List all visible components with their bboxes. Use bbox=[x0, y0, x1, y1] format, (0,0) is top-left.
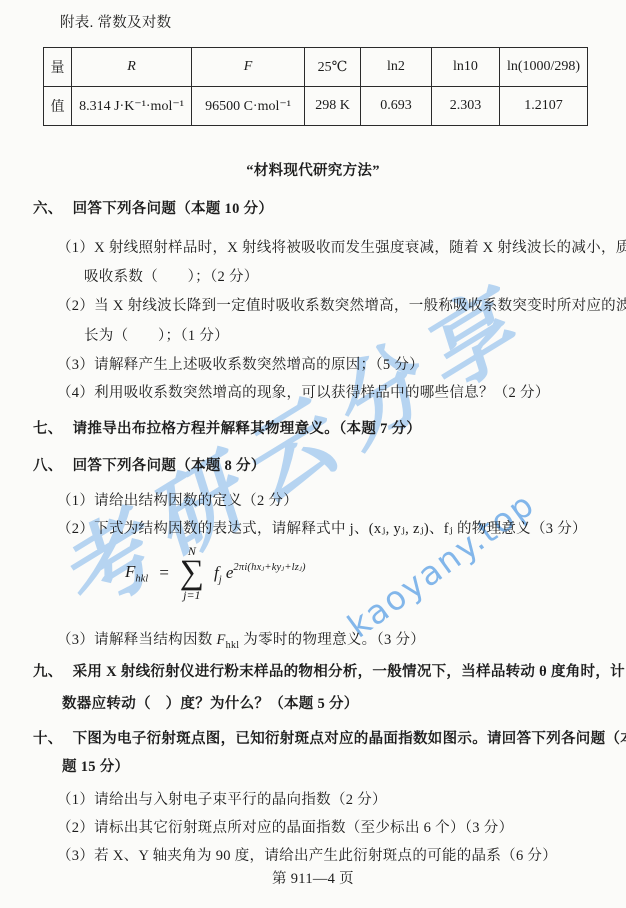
header-F: F bbox=[192, 48, 305, 87]
q6-sub3: （3）请解释产生上述吸收系数突然增高的原因；（5 分） bbox=[57, 356, 424, 375]
appendix-table-title: 附表. 常数及对数 bbox=[60, 14, 171, 33]
q8-sub3-F: F bbox=[216, 632, 225, 648]
formula-term: fj e2πi(hxⱼ+kyⱼ+lzⱼ) bbox=[214, 561, 306, 585]
watermark-url-text: kaoyany.top bbox=[342, 486, 541, 643]
question-8-number: 八、 bbox=[33, 457, 63, 476]
q8-sub3: （3）请解释当结构因数 Fhkl 为零时的物理意义。（3 分） bbox=[57, 631, 425, 652]
q6-sub1-line1: （1）X 射线照射样品时，X 射线将被吸收而发生强度衰减，随着 X 射线波长的减… bbox=[57, 239, 626, 258]
question-8-heading: 八、回答下列各问题（本题 8 分） bbox=[33, 457, 266, 476]
table-value-row: 值 8.314 J·K⁻¹·mol⁻¹ 96500 C·mol⁻¹ 298 K … bbox=[44, 87, 588, 126]
header-ln10: ln10 bbox=[432, 48, 500, 87]
question-10-line2: 题 15 分） bbox=[62, 758, 129, 777]
formula-F-subscript: hkl bbox=[135, 573, 148, 584]
question-7-heading: 七、请推导出布拉格方程并解释其物理意义。（本题 7 分） bbox=[33, 420, 421, 439]
question-7-number: 七、 bbox=[33, 420, 63, 439]
constants-table: 量 R F 25℃ ln2 ln10 ln(1000/298) 值 8.314 … bbox=[43, 47, 588, 126]
q6-sub1-line2: 吸收系数（ ）；（2 分） bbox=[84, 268, 259, 287]
sigma-icon: ∑ bbox=[180, 557, 204, 589]
summation-lower-limit: j=1 bbox=[183, 589, 200, 601]
question-6-number: 六、 bbox=[33, 200, 63, 219]
section-title: “材料现代研究方法” bbox=[0, 162, 626, 181]
value-ln1000-298: 1.2107 bbox=[500, 87, 588, 126]
question-9-heading: 九、采用 X 射线衍射仪进行粉末样品的物相分析，一般情况下，当样品转动 θ 度角… bbox=[33, 663, 625, 682]
q10-sub3: （3）若 X、Y 轴夹角为 90 度，请给出产生此衍射斑点的可能的晶系（6 分） bbox=[57, 847, 557, 866]
header-25C: 25℃ bbox=[305, 48, 361, 87]
question-6-title: 回答下列各问题（本题 10 分） bbox=[73, 201, 274, 217]
header-ln2: ln2 bbox=[361, 48, 432, 87]
value-ln10: 2.303 bbox=[432, 87, 500, 126]
q8-sub3-post: 为零时的物理意义。（3 分） bbox=[239, 632, 425, 648]
q8-sub3-F-subscript: hkl bbox=[226, 640, 240, 651]
question-9-number: 九、 bbox=[33, 663, 63, 682]
value-ln2: 0.693 bbox=[361, 87, 432, 126]
question-10-line1: 下图为电子衍射斑点图，已知衍射斑点对应的晶面指数如图示。请回答下列各问题（本 bbox=[73, 731, 626, 747]
formula-f-subscript: j bbox=[219, 574, 222, 585]
q6-sub4: （4）利用吸收系数突然增高的现象，可以获得样品中的哪些信息？（2 分） bbox=[57, 384, 550, 403]
question-8-title: 回答下列各问题（本题 8 分） bbox=[73, 458, 266, 474]
value-25C: 298 K bbox=[305, 87, 361, 126]
formula-F: F bbox=[125, 562, 135, 581]
question-6-heading: 六、回答下列各问题（本题 10 分） bbox=[33, 200, 273, 219]
q10-sub2: （2）请标出其它衍射斑点所对应的晶面指数（至少标出 6 个）（3 分） bbox=[57, 819, 513, 838]
q6-sub2-line2: 长为（ ）；（1 分） bbox=[84, 327, 229, 346]
summation-symbol: N ∑ j=1 bbox=[180, 545, 204, 601]
question-10-number: 十、 bbox=[33, 730, 63, 749]
q8-sub3-pre: （3）请解释当结构因数 bbox=[57, 632, 216, 648]
q8-sub1: （1）请给出结构因数的定义（2 分） bbox=[57, 492, 298, 511]
header-R: R bbox=[72, 48, 192, 87]
question-9-line1: 采用 X 射线衍射仪进行粉末样品的物相分析，一般情况下，当样品转动 θ 度角时，… bbox=[73, 664, 625, 680]
table-header-row: 量 R F 25℃ ln2 ln10 ln(1000/298) bbox=[44, 48, 588, 87]
question-9-line2: 数器应转动（ ）度？为什么？（本题 5 分） bbox=[62, 695, 359, 714]
header-quantity: 量 bbox=[44, 48, 72, 87]
page-footer: 第 911—4 页 bbox=[0, 870, 626, 889]
formula-lhs: Fhkl bbox=[125, 562, 148, 584]
value-label: 值 bbox=[44, 87, 72, 126]
formula-equals: = bbox=[158, 563, 169, 583]
value-R: 8.314 J·K⁻¹·mol⁻¹ bbox=[72, 87, 192, 126]
formula-exponent: 2πi(hxⱼ+kyⱼ+lzⱼ) bbox=[233, 562, 305, 573]
structure-factor-formula: Fhkl = N ∑ j=1 fj e2πi(hxⱼ+kyⱼ+lzⱼ) bbox=[125, 545, 306, 601]
q8-sub2: （2）下式为结构因数的表达式，请解释式中 j、(xⱼ, yⱼ, zⱼ)、fⱼ 的… bbox=[57, 520, 587, 539]
q10-sub1: （1）请给出与入射电子束平行的晶向指数（2 分） bbox=[57, 791, 387, 810]
exam-page: 考研云分享 kaoyany.top 附表. 常数及对数 量 R F 25℃ ln… bbox=[0, 0, 626, 908]
value-F: 96500 C·mol⁻¹ bbox=[192, 87, 305, 126]
question-7-title: 请推导出布拉格方程并解释其物理意义。（本题 7 分） bbox=[73, 421, 422, 437]
q6-sub2-line1: （2）当 X 射线波长降到一定值时吸收系数突然增高，一般称吸收系数突变时所对应的… bbox=[57, 297, 626, 316]
header-ln1000-298: ln(1000/298) bbox=[500, 48, 588, 87]
question-10-heading: 十、下图为电子衍射斑点图，已知衍射斑点对应的晶面指数如图示。请回答下列各问题（本 bbox=[33, 730, 626, 749]
